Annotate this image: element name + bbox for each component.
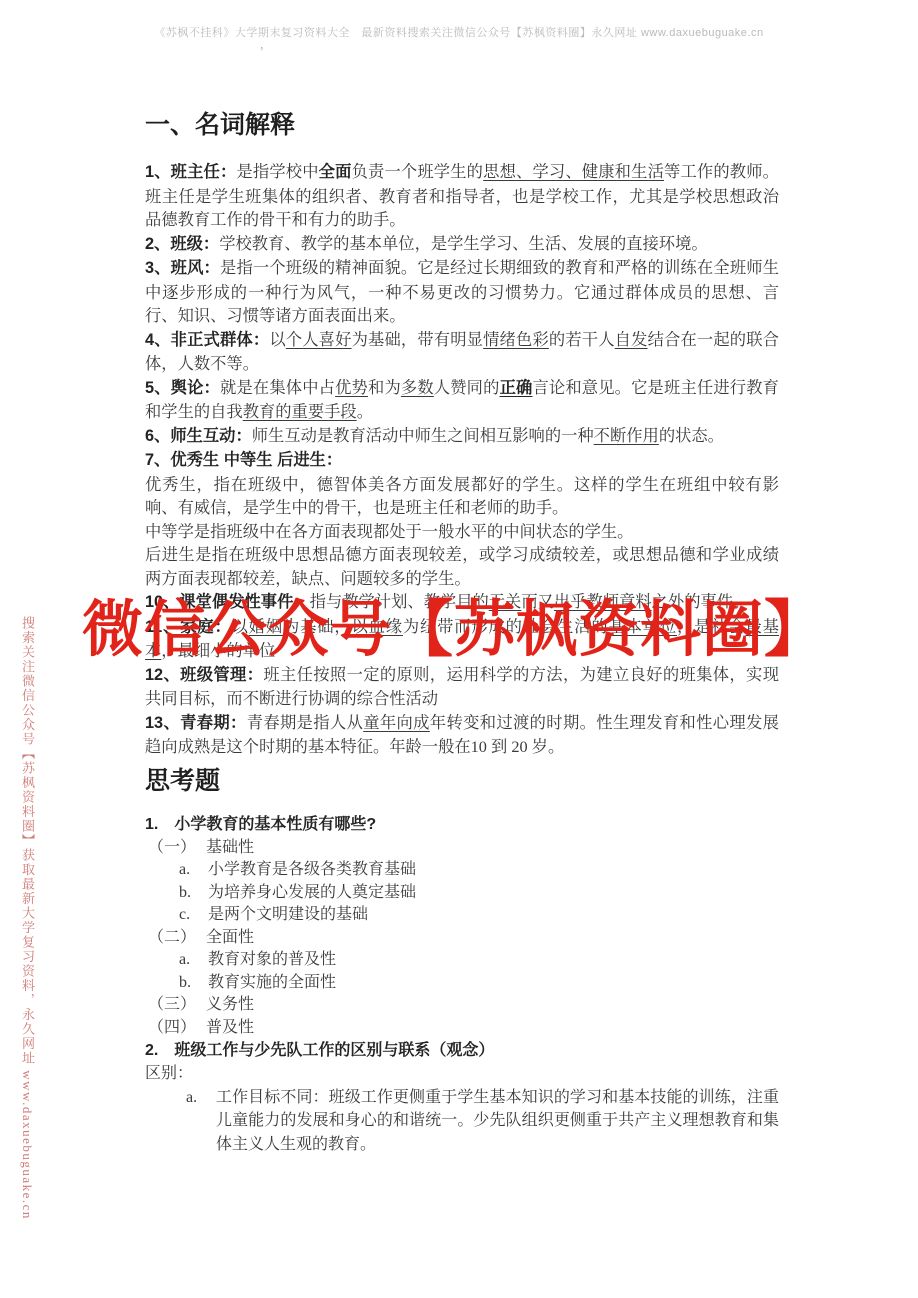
question-number: 1. xyxy=(145,813,158,837)
outline-item-1-1a: a.小学教育是各级各类教育基础 xyxy=(145,859,779,882)
outline-item-2-a: a.工作目标不同：班级工作更侧重于学生基本知识的学习和基本技能的训练，注重儿童能… xyxy=(145,1086,779,1157)
outline-list: 1.小学教育的基本性质有哪些? （一）基础性 a.小学教育是各级各类教育基础 b… xyxy=(145,813,779,1157)
outline-item-1-1: （一）基础性 xyxy=(145,837,779,860)
definition-item-7c: 后进生是指在班级中思想品德方面表现较差，或学习成绩较差，或思想品德和学业成绩两方… xyxy=(145,543,779,590)
definition-item-7a: 优秀生，指在班级中，德智体美各方面发展都好的学生。这样的学生在班组中较有影响、有… xyxy=(145,473,779,520)
definition-item-5: 5、舆论：就是在集体中占优势和为多数人赞同的正确言论和意见。它是班主任进行教育和… xyxy=(145,376,779,424)
outline-item-1-2: （二）全面性 xyxy=(145,927,779,950)
definition-item-7: 7、优秀生 中等生 后进生： xyxy=(145,448,779,473)
definition-item-7b: 中等学是指班级中在各方面表现都处于一般水平的中间状态的学生。 xyxy=(145,520,779,544)
outline-item-2-label: 区别： xyxy=(145,1063,779,1086)
scan-header-comma: ， xyxy=(260,36,271,52)
document-page: 《苏枫不挂科》大学期末复习资料大全 最新资料搜索关注微信公众号【苏枫资料圈】永久… xyxy=(0,0,918,1298)
definition-item-6: 6、师生互动：师生互动是教育活动中师生之间相互影响的一种不断作用的状态。 xyxy=(145,424,779,449)
question-text: 小学教育的基本性质有哪些? xyxy=(174,816,376,833)
watermark-banner-text: 微信公众号【苏枫资料圈】 xyxy=(82,599,826,663)
scan-header-text: 《苏枫不挂科》大学期末复习资料大全 最新资料搜索关注微信公众号【苏枫资料圈】永久… xyxy=(0,24,918,40)
definition-item-2: 2、班级：学校教育、教学的基本单位，是学生学习、生活、发展的直接环境。 xyxy=(145,232,779,257)
question-text: 班级工作与少先队工作的区别与联系（观念） xyxy=(174,1042,494,1059)
definition-item-1: 1、班主任：是指学校中全面负责一个班学生的思想、学习、健康和生活等工作的教师。班… xyxy=(145,160,779,232)
outline-item-1-1b: b.为培养身心发展的人奠定基础 xyxy=(145,882,779,905)
outline-item-1-2b: b.教育实施的全面性 xyxy=(145,972,779,995)
question-number: 2. xyxy=(145,1039,158,1063)
watermark-side-text: 搜索关注微信公众号【苏枫资料圈】获取最新大学复习资料，永久网址 www.daxu… xyxy=(18,616,37,1220)
outline-item-1-1c: c.是两个文明建设的基础 xyxy=(145,904,779,927)
outline-item-1-4: （四）普及性 xyxy=(145,1017,779,1040)
definition-item-3: 3、班风：是指一个班级的精神面貌。它是经过长期细致的教育和严格的训练在全班师生中… xyxy=(145,256,779,328)
definition-item-4: 4、非正式群体：以个人喜好为基础，带有明显情绪色彩的若干人自发结合在一起的联合体… xyxy=(145,328,779,376)
definition-item-12: 12、班级管理：班主任按照一定的原则，运用科学的方法，为建立良好的班集体，实现共… xyxy=(145,663,779,711)
question-1: 1.小学教育的基本性质有哪些? xyxy=(145,813,779,837)
definition-item-13: 13、青春期：青春期是指人从童年向成年转变和过渡的时期。性生理发育和性心理发展趋… xyxy=(145,711,779,759)
outline-item-1-3: （三）义务性 xyxy=(145,994,779,1017)
section-title-terms: 一、名词解释 xyxy=(145,110,779,140)
question-2: 2.班级工作与少先队工作的区别与联系（观念） xyxy=(145,1039,779,1063)
section-title-think: 思考题 xyxy=(145,766,779,796)
outline-item-1-2a: a.教育对象的普及性 xyxy=(145,949,779,972)
